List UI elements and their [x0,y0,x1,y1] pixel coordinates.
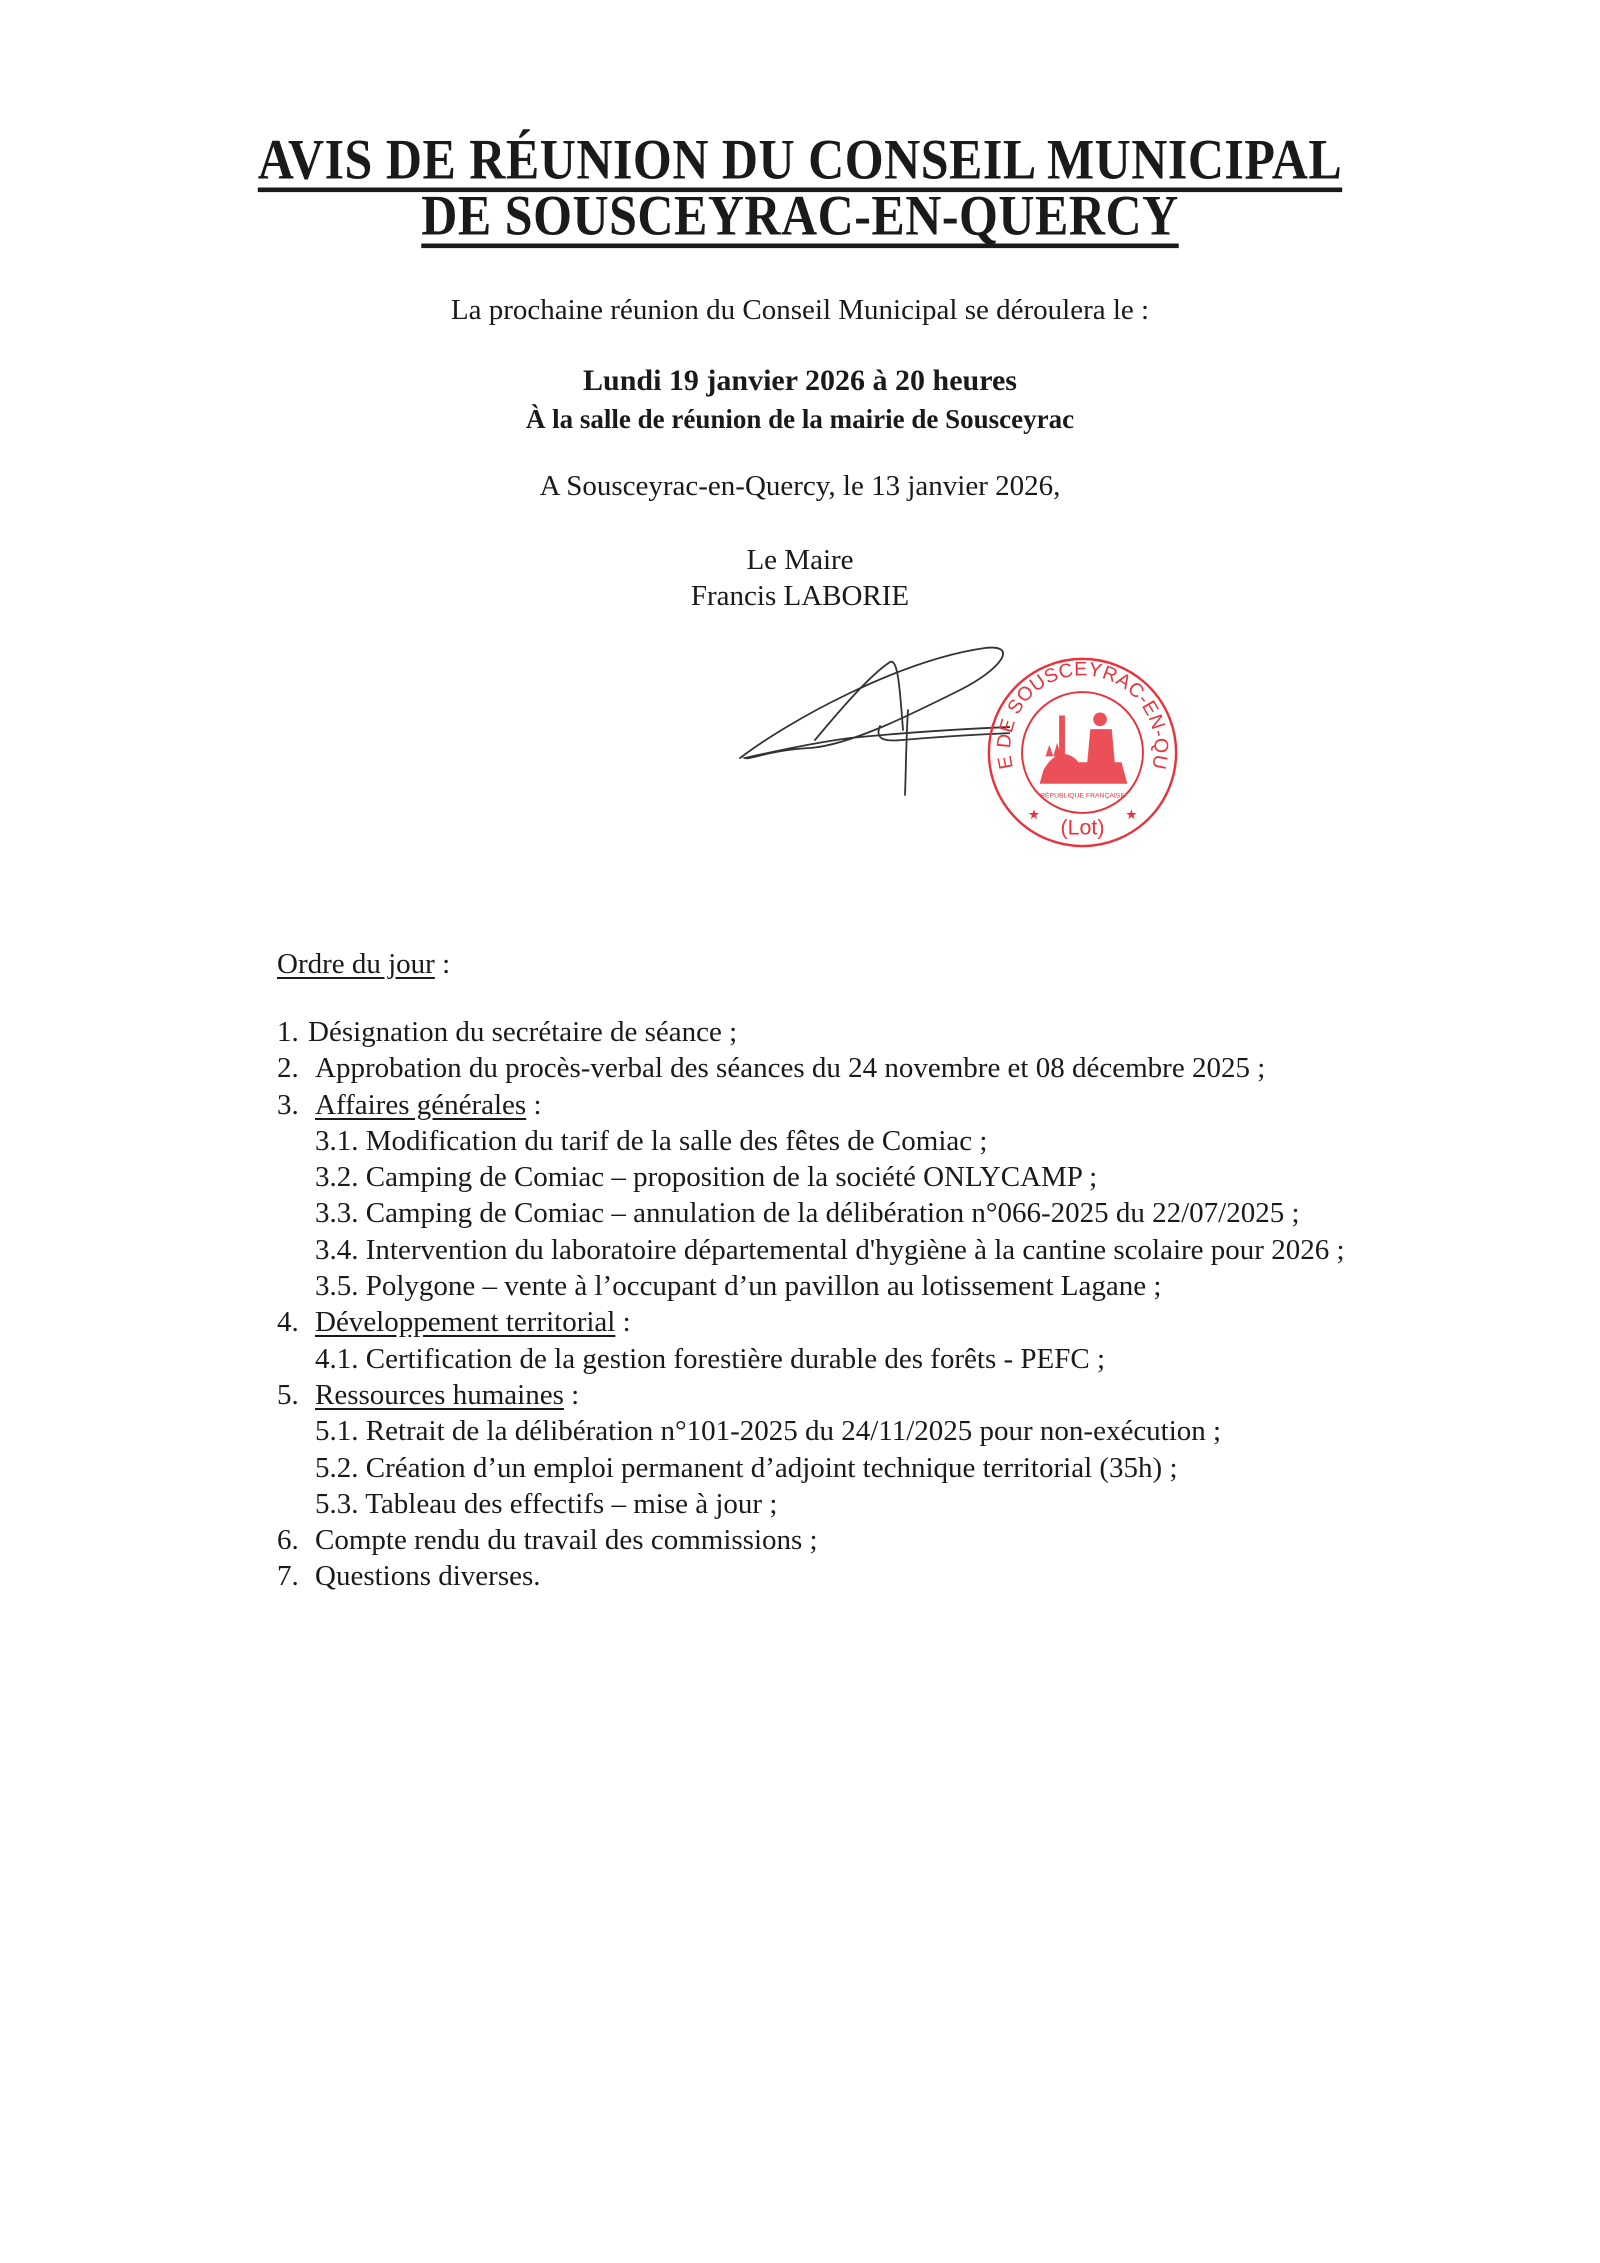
svg-text:★: ★ [1028,807,1040,822]
agenda-subitem: 5.3. Tableau des effectifs – mise à jour… [277,1486,1345,1522]
agenda-subitem: 3.4. Intervention du laboratoire départe… [277,1232,1345,1268]
agenda-subitem-text: Certification de la gestion forestière d… [366,1343,1105,1375]
agenda-section-title: Développement territorial [315,1306,615,1338]
stamp-bottom-text: (Lot) [1060,815,1104,839]
agenda-item: 5.Ressources humaines : [277,1377,1345,1413]
agenda-subitem: 4.1. Certification de la gestion foresti… [277,1341,1345,1377]
agenda-item-number: 2. [277,1050,315,1086]
signature-icon [730,630,1010,800]
agenda-subitem-number: 5.3. [315,1488,365,1520]
agenda-item-text: Approbation du procès-verbal des séances… [315,1052,1265,1084]
agenda-subitem-number: 5.2. [315,1452,366,1484]
agenda-subitem: 3.3. Camping de Comiac – annulation de l… [277,1195,1345,1231]
agenda-subitem-number: 3.1. [315,1125,366,1157]
signed-at: A Sousceyrac-en-Quercy, le 13 janvier 20… [0,470,1600,503]
agenda-section-suffix: : [564,1379,579,1411]
agenda-subitem: 3.2. Camping de Comiac – proposition de … [277,1159,1345,1195]
agenda-subitem-text: Polygone – vente à l’occupant d’un pavil… [366,1270,1162,1302]
agenda-item-text: Désignation du secrétaire de séance ; [308,1016,737,1048]
agenda-subitem-number: 3.2. [315,1161,366,1193]
meeting-date: Lundi 19 janvier 2026 à 20 heures [0,364,1600,398]
agenda-item: 3.Affaires générales : [277,1087,1345,1123]
agenda-subitem-number: 4.1. [315,1343,366,1375]
agenda-subitem-text: Retrait de la délibération n°101-2025 du… [366,1415,1221,1447]
agenda-item-text: Compte rendu du travail des commissions … [315,1524,818,1556]
agenda-item-number: 4. [277,1304,315,1340]
agenda-item-number: 5. [277,1377,315,1413]
agenda-section-suffix: : [615,1306,630,1338]
agenda-list: 1.Désignation du secrétaire de séance ;2… [277,1014,1345,1595]
agenda-subitem-text: Camping de Comiac – annulation de la dél… [366,1197,1300,1229]
agenda-subitem: 3.1. Modification du tarif de la salle d… [277,1123,1345,1159]
agenda-item-number: 3. [277,1087,315,1123]
agenda-item-text: Questions diverses. [315,1560,541,1592]
agenda-subitem-number: 5.1. [315,1415,366,1447]
agenda-item-number: 1. [277,1014,308,1050]
agenda-item: 6.Compte rendu du travail des commission… [277,1522,1345,1558]
agenda-item: 1.Désignation du secrétaire de séance ; [277,1014,1345,1050]
agenda-section-title: Affaires générales [315,1089,526,1121]
agenda-subitem-number: 3.5. [315,1270,366,1302]
agenda-section-title: Ressources humaines [315,1379,564,1411]
agenda-subitem-number: 3.3. [315,1197,366,1229]
agenda-subitem: 5.2. Création d’un emploi permanent d’ad… [277,1450,1345,1486]
agenda-subitem-text: Création d’un emploi permanent d’adjoint… [366,1452,1178,1484]
agenda-subitem: 5.1. Retrait de la délibération n°101-20… [277,1413,1345,1449]
document-page: AVIS DE RÉUNION DU CONSEIL MUNICIPAL DE … [0,0,1600,2263]
agenda-section-suffix: : [526,1089,541,1121]
mairie-stamp-icon: MAIRIE DE SOUSCEYRAC-EN-QUERCY (Lot) ★ ★… [985,655,1180,850]
agenda-heading: Ordre du jour : [277,948,450,981]
agenda-subitem-text: Modification du tarif de la salle des fê… [366,1125,988,1157]
title-line-1: AVIS DE RÉUNION DU CONSEIL MUNICIPAL [0,130,1600,188]
agenda-subitem-text: Intervention du laboratoire départementa… [366,1234,1345,1266]
svg-text:★: ★ [1125,807,1137,822]
signatory-name: Francis LABORIE [0,580,1600,613]
agenda-item: 2.Approbation du procès-verbal des séanc… [277,1050,1345,1086]
meeting-place: À la salle de réunion de la mairie de So… [0,404,1600,435]
signatory-role: Le Maire [0,544,1600,577]
intro-text: La prochaine réunion du Conseil Municipa… [0,294,1600,327]
stamp-inner-text: RÉPUBLIQUE FRANÇAISE [1040,790,1125,799]
agenda-subitem: 3.5. Polygone – vente à l’occupant d’un … [277,1268,1345,1304]
agenda-subitem-text: Tableau des effectifs – mise à jour ; [365,1488,777,1520]
agenda-item: 7.Questions diverses. [277,1558,1345,1594]
agenda-item: 4.Développement territorial : [277,1304,1345,1340]
agenda-subitem-text: Camping de Comiac – proposition de la so… [366,1161,1097,1193]
agenda-item-number: 6. [277,1522,315,1558]
agenda-item-number: 7. [277,1558,315,1594]
agenda-subitem-number: 3.4. [315,1234,366,1266]
title-line-2: DE SOUSCEYRAC-EN-QUERCY [0,186,1600,244]
